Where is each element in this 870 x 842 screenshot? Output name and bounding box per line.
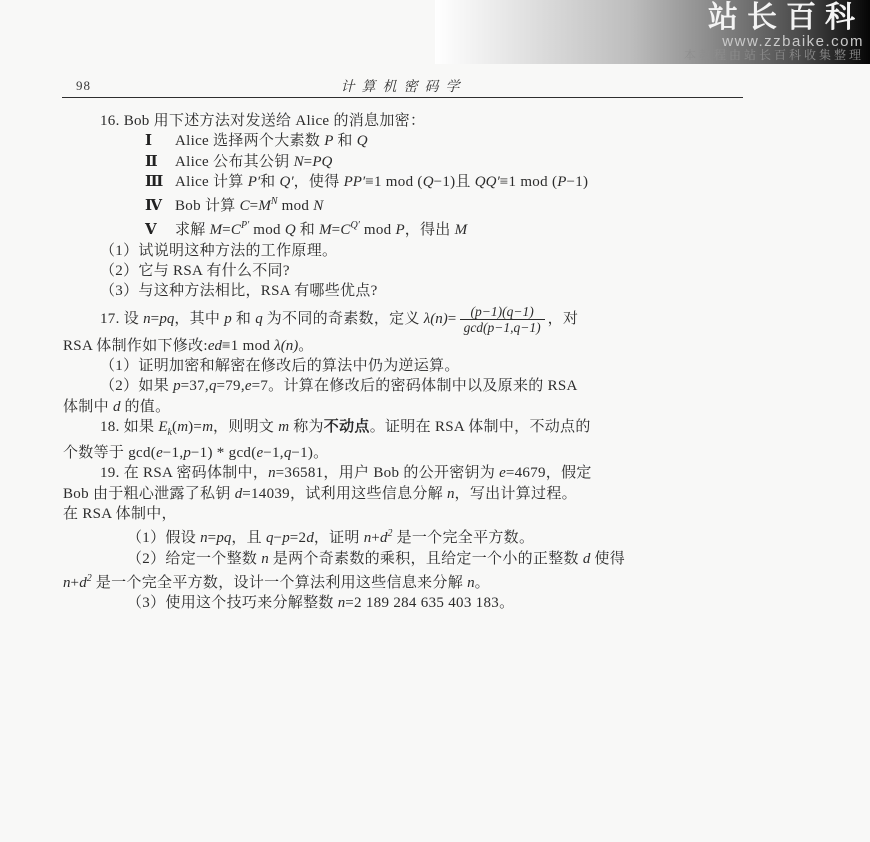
math-var: d <box>306 530 314 546</box>
text-run: 17. 设 <box>100 311 143 327</box>
text-run: ，且 <box>231 530 266 546</box>
text-run: （3）与这种方法相比，RSA 有哪些优点? <box>100 283 378 299</box>
text-run: 和 <box>232 311 255 327</box>
text-run: （3）使用这个技巧来分解整数 <box>127 595 338 611</box>
page-number: 98 <box>76 78 91 94</box>
text-run: （1）证明加密和解密在修改后的算法中仍为逆运算。 <box>100 358 460 374</box>
text-line: Ⅴ求解 M=CP′ mod Q 和 M=CQ′ mod P，得出 M <box>145 216 753 240</box>
text-run: = <box>222 222 231 238</box>
math-var: C <box>231 222 241 238</box>
text-run: 19. 在 RSA 密码体制中， <box>100 465 268 481</box>
math-var: PQ <box>312 154 332 170</box>
text-line: ⅠAlice 选择两个大素数 P 和 Q <box>145 131 753 151</box>
text-run: 的值。 <box>120 399 170 415</box>
text-line: （2）它与 RSA 有什么不同? <box>100 261 753 281</box>
text-run: 是一个完全平方数。 <box>393 530 535 546</box>
math-var: n <box>268 465 276 481</box>
text-line: （1）假设 n=pq，且 q−p=2d，证明 n+d2 是一个完全平方数。 <box>127 524 753 548</box>
text-run: RSA 体制作如下修改: <box>63 338 208 354</box>
text-run: 体制中 <box>63 399 113 415</box>
math-var: e <box>499 465 506 481</box>
text-run: −1)。 <box>291 445 328 461</box>
text-run: = <box>151 311 160 327</box>
math-var: p <box>224 311 232 327</box>
text-run: =4679，假定 <box>506 465 592 481</box>
math-var: p <box>173 378 181 394</box>
text-run: （1）试说明这种方法的工作原理。 <box>100 243 337 259</box>
text-run: + <box>371 530 380 546</box>
text-run: mod <box>360 222 396 238</box>
math-var: Q′ <box>280 174 294 190</box>
superscript: Q′ <box>350 220 359 231</box>
text-run: −1)且 <box>434 174 475 190</box>
text-line: 个数等于 gcd(e−1,p−1) * gcd(e−1,q−1)。 <box>63 443 753 463</box>
math-var: m <box>278 419 289 435</box>
text-run: 为不同的奇素数，定义 <box>263 311 424 327</box>
text-run: 称为 <box>289 419 324 435</box>
text-line: Bob 由于粗心泄露了私钥 d=14039，试利用这些信息分解 n，写出计算过程… <box>63 484 753 504</box>
text-run: = <box>208 530 217 546</box>
text-run: ，其中 <box>174 311 224 327</box>
math-var: P <box>324 133 333 149</box>
text-line: （1）证明加密和解密在修改后的算法中仍为逆运算。 <box>100 356 753 376</box>
text-run: 18. 如果 <box>100 419 158 435</box>
math-var: d <box>380 530 388 546</box>
text-run: 在 RSA 体制中， <box>63 506 177 522</box>
math-var: n <box>467 575 475 591</box>
math-var: d <box>79 575 87 591</box>
text-run: （1）假设 <box>127 530 200 546</box>
text-line: （1）试说明这种方法的工作原理。 <box>100 241 753 261</box>
text-line: 17. 设 n=pq，其中 p 和 q 为不同的奇素数，定义 λ(n)=(p−1… <box>100 302 753 336</box>
text-run: =7。计算在修改后的密码体制中以及原来的 RSA <box>252 378 578 394</box>
text-line: ⅣBob 计算 C=MN mod N <box>145 192 753 216</box>
text-line: ⅡAlice 公布其公钥 N=PQ <box>145 152 753 172</box>
text-run: − <box>273 530 282 546</box>
text-run: mod <box>278 198 314 214</box>
text-run: 。 <box>475 575 490 591</box>
text-run: =14039，试利用这些信息分解 <box>242 486 447 502</box>
math-var: pq <box>159 311 174 327</box>
fraction: (p−1)(q−1)gcd(p−1,q−1) <box>460 304 545 335</box>
fraction-numerator: (p−1)(q−1) <box>460 304 545 319</box>
fraction-denominator: gcd(p−1,q−1) <box>460 319 545 335</box>
text-run: =36581，用户 Bob 的公开密钥为 <box>276 465 500 481</box>
math-var: M <box>319 222 332 238</box>
superscript: N <box>271 196 278 207</box>
text-run: 和 <box>296 222 319 238</box>
text-run: 个数等于 gcd( <box>63 445 156 461</box>
watermark-banner: 站长百科 www.zzbaike.com 本教程由站长百科收集整理 <box>435 0 870 64</box>
text-run: 是两个奇素数的乘积，且给定一个小的正整数 <box>269 551 583 567</box>
text-line: 在 RSA 体制中， <box>63 504 753 524</box>
text-run: （2）它与 RSA 有什么不同? <box>100 263 290 279</box>
text-run: ，则明文 <box>213 419 278 435</box>
text-run: ，对 <box>548 311 579 327</box>
math-var: N <box>313 198 323 214</box>
text-run: −1) * gcd( <box>191 445 257 461</box>
math-var: n <box>261 551 269 567</box>
text-run: 和 <box>333 133 356 149</box>
math-var: M <box>455 222 468 238</box>
text-run: −1) <box>566 174 588 190</box>
list-numeral: Ⅲ <box>145 172 175 192</box>
text-line: 16. Bob 用下述方法对发送给 Alice 的消息加密： <box>100 111 753 131</box>
text-run: =79, <box>216 378 244 394</box>
math-var: N <box>294 154 304 170</box>
text-run: （2）给定一个整数 <box>127 551 261 567</box>
math-var: m <box>202 419 213 435</box>
text-run: = <box>448 311 457 327</box>
text-line: ⅢAlice 计算 P′和 Q′，使得 PP′≡1 mod (Q−1)且 QQ′… <box>145 172 753 192</box>
math-var: P′ <box>248 174 260 190</box>
text-line: 18. 如果 Ek(m)=m，则明文 m 称为不动点。证明在 RSA 体制中，不… <box>100 417 753 443</box>
text-run: Bob 计算 <box>175 198 240 214</box>
math-var: pq <box>216 530 231 546</box>
text-run: 求解 <box>175 222 210 238</box>
text-run: Alice 公布其公钥 <box>175 154 294 170</box>
math-var: p <box>282 530 290 546</box>
math-var: n <box>447 486 455 502</box>
math-var: PP′ <box>344 174 366 190</box>
text-line: （3）使用这个技巧来分解整数 n=2 189 284 635 403 183。 <box>127 593 753 613</box>
text-run: 和 <box>260 174 279 190</box>
text-run: 16. Bob 用下述方法对发送给 Alice 的消息加密： <box>100 113 425 129</box>
text-run: )= <box>188 419 202 435</box>
list-numeral: Ⅳ <box>145 196 175 216</box>
math-var: q <box>255 311 263 327</box>
list-numeral: Ⅱ <box>145 152 175 172</box>
text-run: 使得 <box>590 551 625 567</box>
math-var: e <box>156 445 163 461</box>
watermark-tagline: 本教程由站长百科收集整理 <box>435 49 864 62</box>
emphasis-run: 不动点 <box>324 419 370 435</box>
text-run: 是一个完全平方数，设计一个算法利用这些信息来分解 <box>92 575 467 591</box>
math-var: C <box>240 198 250 214</box>
text-line: n+d2 是一个完全平方数，设计一个算法利用这些信息来分解 n。 <box>63 569 753 593</box>
math-var: λ(n) <box>424 311 448 327</box>
text-run: −1, <box>163 445 184 461</box>
text-run: ，使得 <box>294 174 344 190</box>
header-rule <box>62 97 743 98</box>
math-var: ed <box>208 338 222 354</box>
text-run: ≡1 mod ( <box>500 174 558 190</box>
math-var: λ(n) <box>274 338 298 354</box>
text-run: Alice 计算 <box>175 174 248 190</box>
text-run: Bob 由于粗心泄露了私钥 <box>63 486 235 502</box>
text-run: Alice 选择两个大素数 <box>175 133 324 149</box>
list-numeral: Ⅰ <box>145 131 175 151</box>
math-var: E <box>158 419 167 435</box>
text-line: 体制中 d 的值。 <box>63 397 753 417</box>
math-var: M <box>210 222 223 238</box>
text-line: （2）如果 p=37,q=79,e=7。计算在修改后的密码体制中以及原来的 RS… <box>100 376 753 396</box>
text-line: RSA 体制作如下修改:ed≡1 mod λ(n)。 <box>63 336 753 356</box>
text-run: 。 <box>298 338 313 354</box>
document-body: 16. Bob 用下述方法对发送给 Alice 的消息加密：ⅠAlice 选择两… <box>63 111 753 614</box>
text-run: =2 <box>290 530 307 546</box>
text-run: （2）如果 <box>100 378 173 394</box>
text-run: 。证明在 RSA 体制中，不动点的 <box>370 419 591 435</box>
text-line: 19. 在 RSA 密码体制中，n=36581，用户 Bob 的公开密钥为 e=… <box>100 463 753 483</box>
math-var: n <box>200 530 208 546</box>
text-run: ，写出计算过程。 <box>455 486 577 502</box>
watermark-url: www.zzbaike.com <box>435 34 864 49</box>
math-var: p <box>183 445 191 461</box>
math-var: n <box>143 311 151 327</box>
math-var: Q <box>357 133 368 149</box>
text-line: （2）给定一个整数 n 是两个奇素数的乘积，且给定一个小的正整数 d 使得 <box>127 549 753 569</box>
zzbaike-logo: 站长百科 <box>435 1 864 34</box>
text-run: =2 189 284 635 403 183。 <box>345 595 514 611</box>
text-run: mod <box>249 222 285 238</box>
math-var: n <box>63 575 71 591</box>
math-var: P <box>396 222 405 238</box>
running-title: 计算机密码学 <box>341 80 467 95</box>
list-numeral: Ⅴ <box>145 220 175 240</box>
math-var: e <box>245 378 252 394</box>
scanned-page: 站长百科 www.zzbaike.com 本教程由站长百科收集整理 98 计算机… <box>0 0 870 842</box>
math-var: Q <box>423 174 434 190</box>
text-run: =37, <box>181 378 209 394</box>
text-run: ≡1 mod ( <box>365 174 423 190</box>
page-header: 98 计算机密码学 <box>63 76 744 94</box>
text-run: + <box>71 575 80 591</box>
math-var: C <box>340 222 350 238</box>
text-line: （3）与这种方法相比，RSA 有哪些优点? <box>100 281 753 301</box>
text-run: ，得出 <box>405 222 455 238</box>
math-var: Q <box>285 222 296 238</box>
text-run: −1, <box>263 445 284 461</box>
text-run: ≡1 mod <box>222 338 274 354</box>
math-var: m <box>177 419 188 435</box>
math-var: QQ′ <box>475 174 500 190</box>
math-var: M <box>258 198 271 214</box>
superscript: P′ <box>241 220 249 231</box>
text-run: ，证明 <box>314 530 364 546</box>
